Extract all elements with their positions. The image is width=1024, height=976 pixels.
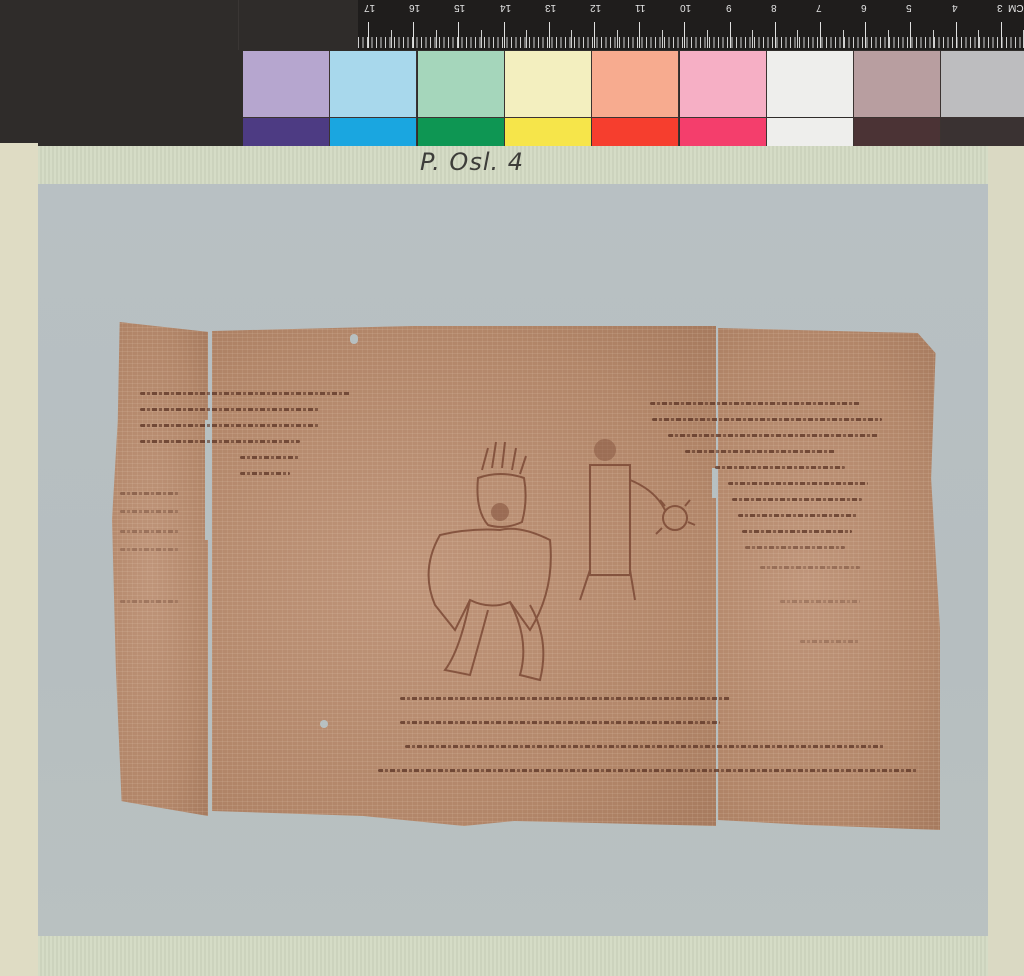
swatch-tint	[330, 51, 416, 118]
ruler-half-tick	[571, 30, 572, 48]
ruler-number: 3	[997, 2, 1003, 13]
swatch-tint	[505, 51, 591, 118]
swatch-full	[418, 118, 504, 146]
swatch-tint	[592, 51, 678, 118]
swatch-tint	[418, 51, 504, 118]
color-swatch-magenta	[680, 51, 767, 146]
backdrop-seam	[238, 0, 239, 50]
ruler-major-tick	[730, 22, 731, 48]
tape-bottom	[18, 936, 1018, 976]
mount-label: P. Osl. 4	[420, 148, 524, 176]
ruler-number: 4	[952, 2, 958, 13]
ruler-half-tick	[752, 30, 753, 48]
ruler-half-tick	[888, 30, 889, 48]
color-swatch-red	[592, 51, 679, 146]
swatch-full	[592, 118, 678, 146]
ruler-major-tick	[956, 22, 957, 48]
swatch-full	[854, 118, 940, 146]
papyrus-left-strip	[112, 322, 208, 816]
ruler-major-tick	[458, 22, 459, 48]
swatch-tint	[941, 51, 1024, 118]
ruler-half-tick	[978, 30, 979, 48]
ruler-half-tick	[391, 30, 392, 48]
ruler-major-tick	[594, 22, 595, 48]
ruler-major-tick	[1001, 22, 1002, 48]
swatch-tint	[680, 51, 766, 118]
ruler-major-tick	[684, 22, 685, 48]
swatch-tint	[243, 51, 329, 118]
swatch-tint	[767, 51, 853, 117]
tape-right	[988, 146, 1024, 976]
figure-drawing	[400, 430, 700, 710]
papyrus-gap	[712, 468, 716, 498]
color-swatch-green	[418, 51, 505, 146]
ruler-number: 10	[680, 2, 691, 13]
ruler-number: 11	[635, 2, 645, 13]
ruler-half-tick	[933, 30, 934, 48]
color-swatch-brown	[854, 51, 941, 146]
swatch-full	[680, 118, 766, 146]
papyrus-hole	[350, 334, 358, 344]
ruler-half-tick	[436, 30, 437, 48]
color-swatch-cyan	[330, 51, 417, 146]
ruler-number: 16	[409, 2, 420, 13]
ruler-number: 6	[861, 2, 867, 13]
swatch-full	[505, 118, 591, 146]
ruler-half-tick	[707, 30, 708, 48]
ruler-half-tick	[797, 30, 798, 48]
ruler-half-tick	[526, 30, 527, 48]
ruler-half-tick	[481, 30, 482, 48]
swatch-full	[941, 118, 1024, 146]
ruler-half-tick	[843, 30, 844, 48]
ruler-major-tick	[413, 22, 414, 48]
ruler-major-tick	[639, 22, 640, 48]
ruler-major-tick	[775, 22, 776, 48]
ruler-number: 8	[771, 2, 777, 13]
color-swatch-violet	[243, 51, 330, 146]
ruler-major-tick	[368, 22, 369, 48]
swatch-full	[767, 118, 853, 146]
ruler-number: 17	[364, 2, 375, 13]
ruler-major-tick	[865, 22, 866, 48]
ruler-major-tick	[549, 22, 550, 48]
ruler-half-tick	[662, 30, 663, 48]
color-swatch-yellow	[505, 51, 592, 146]
ruler-number: 12	[590, 2, 601, 13]
color-swatch-white	[767, 51, 854, 146]
ruler-number: 7	[816, 2, 822, 13]
tape-left	[0, 143, 38, 976]
ruler-number: 5	[906, 2, 912, 13]
ruler-major-tick	[504, 22, 505, 48]
ruler: 1716151413121110987654321CM	[358, 0, 1024, 50]
ruler-number: 14	[500, 2, 511, 13]
swatch-tint	[854, 51, 940, 118]
swatch-full	[330, 118, 416, 146]
ruler-unit: CM	[1008, 2, 1024, 13]
ruler-number: 15	[454, 2, 465, 13]
papyrus-hole	[320, 720, 328, 728]
ruler-number: 9	[726, 2, 732, 13]
ruler-number: 13	[545, 2, 556, 13]
swatch-full	[243, 118, 329, 146]
ruler-half-tick	[617, 30, 618, 48]
papyrus-gap	[205, 420, 211, 540]
ruler-major-tick	[820, 22, 821, 48]
ruler-major-tick	[910, 22, 911, 48]
color-swatch-gray	[941, 51, 1024, 146]
